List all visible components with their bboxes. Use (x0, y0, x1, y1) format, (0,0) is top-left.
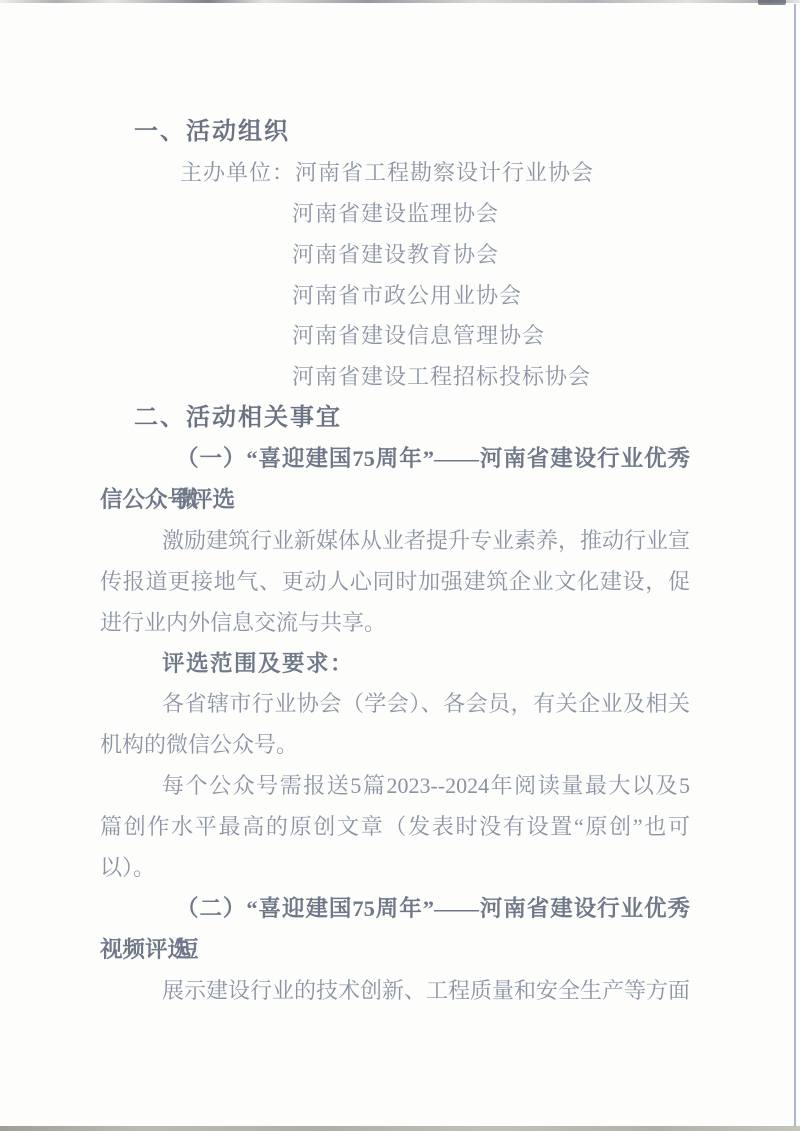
paragraph-line: 以）。 (100, 848, 690, 889)
host-unit-item: 河南省建设信息管理协会 (100, 316, 690, 357)
document-page: 一、活动组织 主办单位：河南省工程勘察设计行业协会 河南省建设监理协会 河南省建… (0, 0, 800, 1131)
scan-top-right-notch-artifact (758, 0, 786, 5)
subsection-2-title-line-2: 视频评选 (100, 930, 690, 971)
paragraph-line: 机构的微信公众号。 (100, 725, 690, 766)
host-unit-item: 河南省建设工程招标投标协会 (100, 357, 690, 398)
paragraph-line: 展示建设行业的技术创新、工程质量和安全生产等方面 (100, 971, 690, 1012)
paragraph-line: 各省辖市行业协会（学会）、各会员，有关企业及相关 (100, 684, 690, 725)
criteria-subheading: 评选范围及要求： (100, 644, 690, 685)
host-unit-item: 河南省建设教育协会 (100, 235, 690, 276)
subsection-2-title-line-1: （二）“喜迎建国75周年”——河南省建设行业优秀短 (100, 889, 690, 930)
paragraph-line: 进行业内外信息交流与共享。 (100, 603, 690, 644)
paragraph-line: 激励建筑行业新媒体从业者提升专业素养，推动行业宣 (100, 521, 690, 562)
document-content: 一、活动组织 主办单位：河南省工程勘察设计行业协会 河南省建设监理协会 河南省建… (100, 0, 690, 1012)
subsection-1-title-line-2: 信公众号评选 (100, 480, 690, 521)
section-2-heading: 二、活动相关事宜 (100, 398, 690, 439)
paragraph-line: 每个公众号需报送5篇2023--2024年阅读量最大以及5 (100, 766, 690, 807)
subsection-1-title-line-1: （一）“喜迎建国75周年”——河南省建设行业优秀微 (100, 439, 690, 480)
host-unit-item: 河南省市政公用业协会 (100, 276, 690, 317)
host-unit-item: 河南省建设监理协会 (100, 194, 690, 235)
section-1-heading: 一、活动组织 (100, 112, 690, 153)
host-units-line: 主办单位：河南省工程勘察设计行业协会 (100, 153, 690, 194)
paragraph-line: 篇创作水平最高的原创文章（发表时没有设置“原创”也可 (100, 807, 690, 848)
scan-right-edge-artifact (794, 4, 796, 1127)
scan-bottom-edge-artifact (0, 1126, 800, 1131)
paragraph-line: 传报道更接地气、更动人心同时加强建筑企业文化建设，促 (100, 562, 690, 603)
